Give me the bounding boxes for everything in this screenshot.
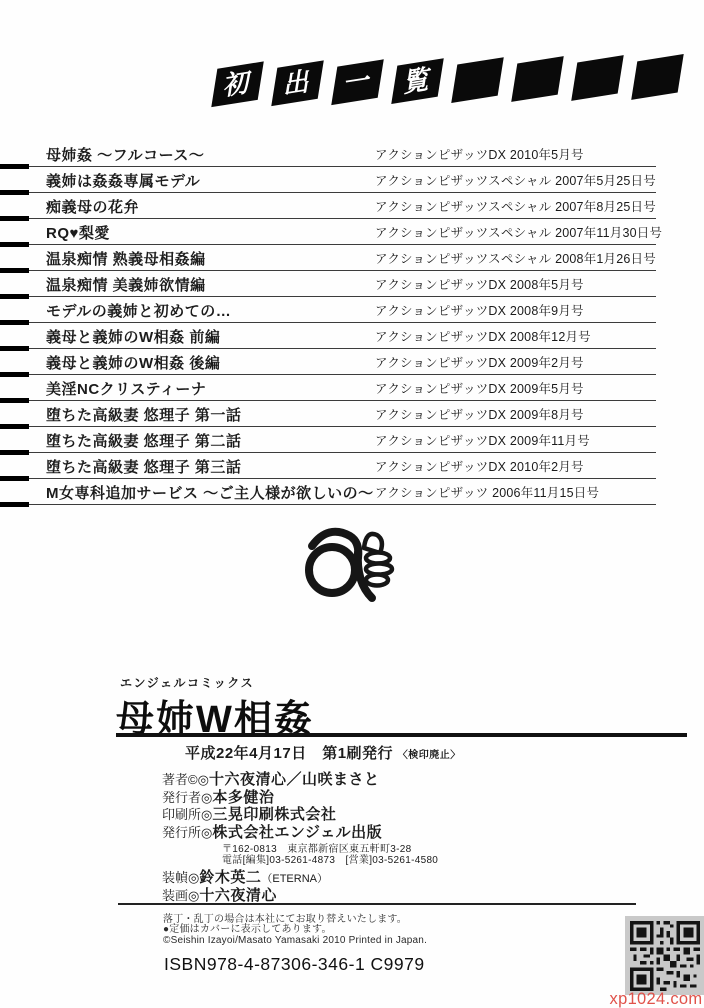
work-source: アクションピザッツDX 2010年5月号 — [375, 145, 584, 163]
first-publication-list: 母姉姦 ～フルコース～アクションピザッツDX 2010年5月号 義姉は姦姦専属モ… — [0, 141, 656, 505]
work-row: 堕ちた高級妻 悠理子 第三話アクションピザッツDX 2010年2月号 — [0, 453, 656, 479]
credit-value: 十六夜清心 — [199, 887, 277, 904]
address-line: 〒162-0813 東京都新宿区東五軒町3-28 — [222, 845, 438, 856]
banner-char-box: 覧 — [391, 58, 444, 104]
first-publication-banner: 初 出 一 覧 — [214, 58, 695, 103]
credit-line: 印刷所◎三晃印刷株式会社 — [162, 806, 382, 824]
banner-char-box: 一 — [331, 59, 384, 105]
banner-blank-box — [451, 57, 504, 103]
work-title: 義姉は姦姦専属モデル — [46, 170, 200, 191]
angel-publishing-logo-icon — [298, 512, 402, 613]
credit-line: 発行所◎株式会社エンジェル出版 — [162, 824, 382, 842]
work-source: アクションピザッツスペシャル 2007年11月30日号 — [375, 223, 662, 241]
design-credits-block: 装幀◎鈴木英二（ETERNA） 装画◎十六夜清心 — [162, 870, 328, 905]
work-source: アクションピザッツスペシャル 2007年8月25日号 — [375, 197, 656, 215]
phone-line: 電話[編集]03-5261-4873 [営業]03-5261-4580 — [222, 856, 438, 867]
work-source: アクションピザッツDX 2009年2月号 — [375, 353, 584, 371]
work-title: RQ♥梨愛 — [46, 222, 110, 243]
work-title: 堕ちた高級妻 悠理子 第二話 — [46, 430, 241, 451]
edition-line: 平成22年4月17日 第1刷発行 〈検印廃止〉 — [185, 742, 461, 763]
fine-print-block: 落丁・乱丁の場合は本社にてお取り替えいたします。 ●定価はカバーに表示してありま… — [163, 915, 427, 946]
credit-label: 著者©◎ — [162, 772, 209, 787]
work-row: モデルの義姉と初めての…アクションピザッツDX 2008年9月号 — [0, 297, 656, 323]
credit-value: 十六夜清心／山咲まさと — [209, 771, 380, 788]
credit-value: 鈴木英二 — [199, 869, 261, 886]
credit-value: 本多健治 — [212, 789, 274, 806]
banner-char: 初 — [222, 63, 254, 105]
copyright-line: ©Seishin Izayoi/Masato Yamasaki 2010 Pri… — [163, 936, 427, 946]
title-rule — [116, 733, 687, 737]
banner-char: 覧 — [402, 60, 434, 102]
work-title: 温泉痴情 美義姉欲情編 — [46, 274, 206, 295]
work-row: M女専科追加サービス ～ご主人様が欲しいの～アクションピザッツ 2006年11月… — [0, 479, 656, 505]
work-title: 温泉痴情 熟義母相姦編 — [46, 248, 206, 269]
work-title: 義母と義姉のW相姦 前編 — [46, 326, 220, 347]
credit-line: 発行者◎本多健治 — [162, 789, 382, 807]
work-title: モデルの義姉と初めての… — [46, 300, 231, 321]
work-source: アクションピザッツDX 2009年5月号 — [375, 379, 584, 397]
work-source: アクションピザッツDX 2009年11月号 — [375, 431, 590, 449]
work-title: 痴義母の花弁 — [46, 196, 139, 217]
banner-char-box: 出 — [271, 60, 324, 106]
work-source: アクションピザッツDX 2008年12月号 — [375, 327, 591, 345]
credit-line: 著者©◎十六夜清心／山咲まさと — [162, 771, 382, 789]
isbn-code: ISBN978-4-87306-346-1 C9979 — [164, 954, 425, 975]
work-title: 堕ちた高級妻 悠理子 第一話 — [46, 404, 241, 425]
design-credit-line: 装幀◎鈴木英二（ETERNA） — [162, 870, 328, 888]
edition-date: 平成22年4月17日 第1刷発行 — [185, 745, 393, 762]
work-title: 母姉姦 ～フルコース～ — [46, 144, 204, 165]
work-row: 堕ちた高級妻 悠理子 第一話アクションピザッツDX 2009年8月号 — [0, 401, 656, 427]
qr-code — [625, 916, 704, 995]
work-title: 美淫NCクリスティーナ — [46, 378, 206, 399]
banner-char-box: 初 — [211, 61, 264, 107]
work-row: 美淫NCクリスティーナアクションピザッツDX 2009年5月号 — [0, 375, 656, 401]
banner-blank-box — [571, 55, 624, 101]
banner-char: 出 — [282, 62, 314, 104]
notes-rule — [118, 903, 636, 905]
colophon-page: 初 出 一 覧 母姉姦 ～フルコース～アクションピザッツDX 2010年5月号 … — [0, 0, 704, 1008]
work-row: 痴義母の花弁アクションピザッツスペシャル 2007年8月25日号 — [0, 193, 656, 219]
work-row: 堕ちた高級妻 悠理子 第二話アクションピザッツDX 2009年11月号 — [0, 427, 656, 453]
work-row: RQ♥梨愛アクションピザッツスペシャル 2007年11月30日号 — [0, 219, 656, 245]
work-source: アクションピザッツスペシャル 2008年1月26日号 — [375, 249, 656, 267]
edition-note: 〈検印廃止〉 — [398, 750, 461, 761]
work-row: 義母と義姉のW相姦 前編アクションピザッツDX 2008年12月号 — [0, 323, 656, 349]
credit-label: 発行所◎ — [162, 825, 212, 840]
work-title: 義母と義姉のW相姦 後編 — [46, 352, 220, 373]
work-row: 温泉痴情 美義姉欲情編アクションピザッツDX 2008年5月号 — [0, 271, 656, 297]
publisher-address: 〒162-0813 東京都新宿区東五軒町3-28 電話[編集]03-5261-4… — [222, 845, 438, 866]
credit-value: 株式会社エンジェル出版 — [212, 824, 382, 841]
work-source: アクションピザッツスペシャル 2007年5月25日号 — [375, 171, 656, 189]
work-row: 義母と義姉のW相姦 後編アクションピザッツDX 2009年2月号 — [0, 349, 656, 375]
work-title: M女専科追加サービス ～ご主人様が欲しいの～ — [46, 482, 374, 503]
work-source: アクションピザッツDX 2010年2月号 — [375, 457, 584, 475]
work-row: 温泉痴情 熟義母相姦編アクションピザッツスペシャル 2008年1月26日号 — [0, 245, 656, 271]
work-source: アクションピザッツ 2006年11月15日号 — [375, 483, 599, 501]
banner-blank-box — [631, 54, 684, 100]
credit-label: 装画◎ — [162, 888, 199, 903]
work-row: 義姉は姦姦専属モデルアクションピザッツスペシャル 2007年5月25日号 — [0, 167, 656, 193]
watermark-text: xp1024.com — [608, 990, 704, 1008]
work-title: 堕ちた高級妻 悠理子 第三話 — [46, 456, 241, 477]
banner-char: 一 — [342, 61, 374, 103]
credit-value: 三晃印刷株式会社 — [212, 806, 336, 823]
work-source: アクションピザッツDX 2009年8月号 — [375, 405, 584, 423]
banner-blank-box — [511, 56, 564, 102]
credit-note: （ETERNA） — [261, 873, 328, 885]
credit-label: 印刷所◎ — [162, 807, 212, 822]
credit-label: 発行者◎ — [162, 790, 212, 805]
work-source: アクションピザッツDX 2008年9月号 — [375, 301, 584, 319]
credit-label: 装幀◎ — [162, 870, 199, 885]
work-source: アクションピザッツDX 2008年5月号 — [375, 275, 584, 293]
work-row: 母姉姦 ～フルコース～アクションピザッツDX 2010年5月号 — [0, 141, 656, 167]
credits-block: 著者©◎十六夜清心／山咲まさと 発行者◎本多健治 印刷所◎三晃印刷株式会社 発行… — [162, 771, 382, 841]
